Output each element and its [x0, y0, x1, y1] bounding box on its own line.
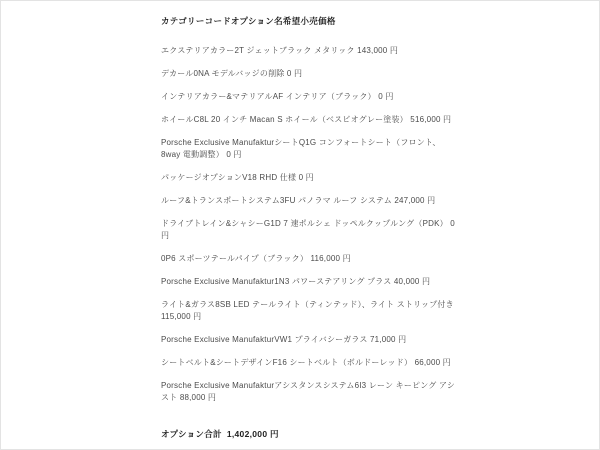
option-category: ライト&ガラス — [161, 300, 215, 309]
option-price: 0 円 — [284, 69, 302, 78]
option-category: エクステリアカラー — [161, 46, 234, 55]
header-category: カテゴリー — [161, 16, 205, 26]
option-name: スポーツテールパイプ（ブラック） — [176, 254, 308, 263]
option-code: AF — [273, 92, 284, 101]
option-category: パッケージオプション — [161, 173, 242, 182]
option-row: Porsche Exclusive Manufaktur1N3 パワーステアリン… — [161, 276, 455, 288]
option-row: ドライブトレイン&シャシーG1D 7 速ポルシェ ドッペルクップルング（PDK）… — [161, 218, 455, 242]
option-name: 7 速ポルシェ ドッペルクップルング（PDK） — [281, 219, 448, 228]
option-price: 247,000 円 — [392, 196, 435, 205]
option-row: 0P6 スポーツテールパイプ（ブラック） 116,000 円 — [161, 253, 455, 265]
option-name: プライバシーガラス — [292, 335, 367, 344]
option-price: 0 円 — [224, 150, 242, 159]
option-code: 6I3 — [355, 381, 367, 390]
table-header: カテゴリーコードオプション名希望小売価格 — [161, 15, 455, 27]
option-category: デカール — [161, 69, 193, 78]
total-label: オプション合計 — [161, 429, 222, 439]
option-code: VW1 — [274, 335, 292, 344]
option-name: モデルバッジの削除 — [209, 69, 284, 78]
option-code: 8SB — [215, 300, 231, 309]
option-code: Q1G — [299, 138, 317, 147]
option-row: デカール0NA モデルバッジの削除 0 円 — [161, 68, 455, 80]
option-row: Porsche Exclusive ManufakturVW1 プライバシーガラ… — [161, 334, 455, 346]
option-row: ライト&ガラス8SB LED テールライト（ティンテッド）、ライト ストリップ付… — [161, 299, 455, 323]
option-price: 0 円 — [376, 92, 394, 101]
option-category: ルーフ&トランスポートシステム — [161, 196, 280, 205]
option-price: 516,000 円 — [408, 115, 451, 124]
option-price: 115,000 円 — [161, 312, 201, 321]
option-price: 143,000 円 — [355, 46, 398, 55]
option-price: 66,000 円 — [412, 358, 451, 367]
option-code: 0NA — [193, 69, 209, 78]
option-category: ドライブトレイン&シャシー — [161, 219, 264, 228]
option-category: ホイール — [161, 115, 194, 124]
option-code: V18 — [242, 173, 257, 182]
option-row: シートベルト&シートデザインF16 シートベルト（ボルドーレッド） 66,000… — [161, 357, 455, 369]
header-code: コード — [205, 16, 231, 26]
option-row: ホイールC8L 20 インチ Macan S ホイール（ベスビオグレー塗装） 5… — [161, 114, 455, 126]
option-row: エクステリアカラー2T ジェットブラック メタリック 143,000 円 — [161, 45, 455, 57]
option-price: 116,000 円 — [308, 254, 351, 263]
option-price: 40,000 円 — [391, 277, 430, 286]
option-row: Porsche Exclusive ManufakturシートQ1G コンフォー… — [161, 137, 455, 161]
option-category: Porsche Exclusive Manufaktur — [161, 277, 274, 286]
option-category: Porsche Exclusive Manufakturアシスタンスシステム — [161, 381, 355, 390]
option-category: インテリアカラー&マテリアル — [161, 92, 273, 101]
option-price: 0 円 — [296, 173, 314, 182]
option-name: LED テールライト（ティンテッド）、ライト ストリップ付き — [231, 300, 454, 309]
option-name: RHD 仕様 — [257, 173, 296, 182]
header-price: 希望小売価格 — [283, 16, 336, 26]
document-page: カテゴリーコードオプション名希望小売価格 エクステリアカラー2T ジェットブラッ… — [0, 0, 600, 450]
option-code: C8L — [194, 115, 209, 124]
option-code: 1N3 — [274, 277, 289, 286]
option-list: エクステリアカラー2T ジェットブラック メタリック 143,000 円デカール… — [161, 45, 455, 404]
options-price-list: カテゴリーコードオプション名希望小売価格 エクステリアカラー2T ジェットブラッ… — [161, 15, 455, 440]
option-category: シートベルト&シートデザイン — [161, 358, 273, 367]
option-name: パノラマ ルーフ システム — [296, 196, 392, 205]
option-name: 20 インチ Macan S ホイール（ベスビオグレー塗装） — [209, 115, 408, 124]
option-category: Porsche Exclusive Manufakturシート — [161, 138, 299, 147]
option-name: パワーステアリング プラス — [289, 277, 391, 286]
option-price: 71,000 円 — [368, 335, 407, 344]
option-name: ジェットブラック メタリック — [244, 46, 355, 55]
option-code: 3FU — [280, 196, 296, 205]
option-row: Porsche Exclusive Manufakturアシスタンスシステム6I… — [161, 380, 455, 404]
option-code: 0P6 — [161, 254, 176, 263]
option-name: インテリア（ブラック） — [283, 92, 375, 101]
option-row: パッケージオプションV18 RHD 仕様 0 円 — [161, 172, 455, 184]
option-code: 2T — [234, 46, 244, 55]
option-code: F16 — [273, 358, 287, 367]
option-name: シートベルト（ボルドーレッド） — [287, 358, 412, 367]
option-category: Porsche Exclusive Manufaktur — [161, 335, 274, 344]
total-row: オプション合計1,402,000 円 — [161, 428, 455, 440]
total-value: 1,402,000 円 — [227, 429, 279, 439]
option-row: インテリアカラー&マテリアルAF インテリア（ブラック） 0 円 — [161, 91, 455, 103]
option-row: ルーフ&トランスポートシステム3FU パノラマ ルーフ システム 247,000… — [161, 195, 455, 207]
header-option-name: オプション名 — [231, 16, 283, 26]
option-price: 88,000 円 — [177, 393, 216, 402]
option-code: G1D — [264, 219, 281, 228]
